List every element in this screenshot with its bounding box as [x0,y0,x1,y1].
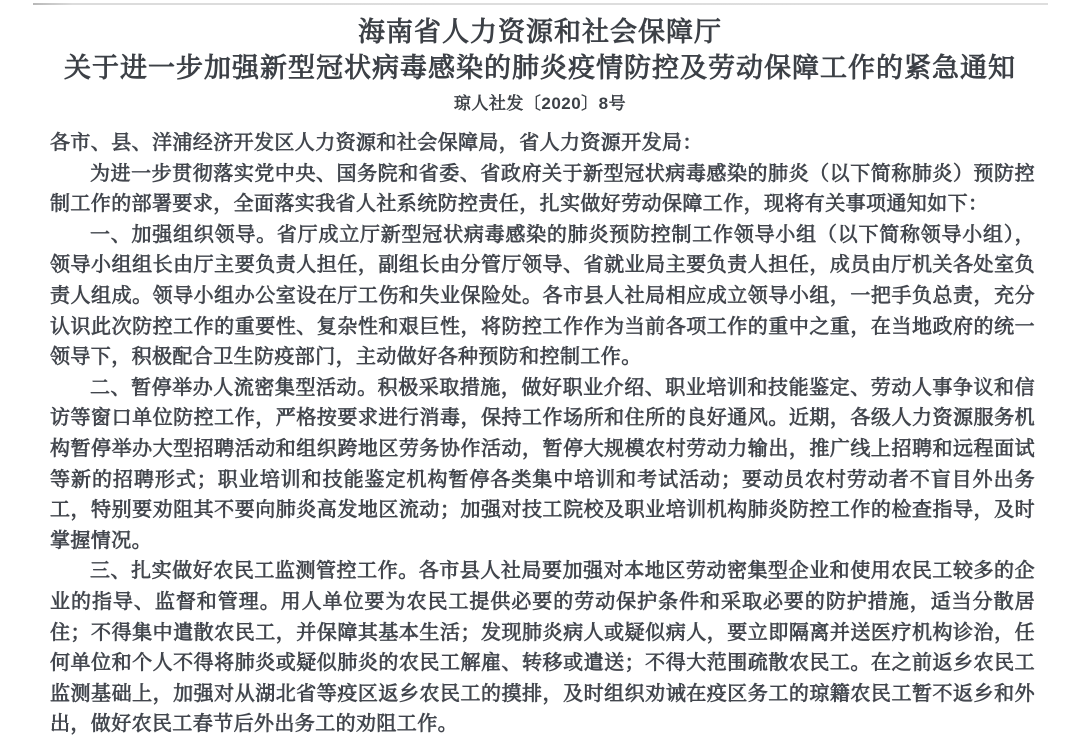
document-number: 琼人社发〔2020〕8号 [25,93,1055,115]
document-body: 各市、县、洋浦经济开发区人力资源和社会保障局，省人力资源开发局： 为进一步贯彻落… [50,128,1035,740]
issuer-title: 海南省人力资源和社会保障厅 [25,14,1055,50]
section-1-paragraph: 一、加强组织领导。省厅成立厅新型冠状病毒感染的肺炎预防控制工作领导小组（以下简称… [50,220,1035,373]
section-2-paragraph: 二、暂停举办人流密集型活动。积极采取措施，做好职业介绍、职业培训和技能鉴定、劳动… [50,373,1035,557]
document-header: 海南省人力资源和社会保障厅 关于进一步加强新型冠状病毒感染的肺炎疫情防控及劳动保… [25,14,1055,115]
section-3-paragraph: 三、扎实做好农民工监测管控工作。各市县人社局要加强对本地区劳动密集型企业和使用农… [50,556,1035,740]
salutation-line: 各市、县、洋浦经济开发区人力资源和社会保障局，省人力资源开发局： [50,128,1035,159]
intro-paragraph: 为进一步贯彻落实党中央、国务院和省委、省政府关于新型冠状病毒感染的肺炎（以下简称… [50,159,1035,220]
document-page: 海南省人力资源和社会保障厅 关于进一步加强新型冠状病毒感染的肺炎疫情防控及劳动保… [0,0,1080,751]
top-divider [33,3,1048,5]
document-subject-title: 关于进一步加强新型冠状病毒感染的肺炎疫情防控及劳动保障工作的紧急通知 [25,50,1055,86]
